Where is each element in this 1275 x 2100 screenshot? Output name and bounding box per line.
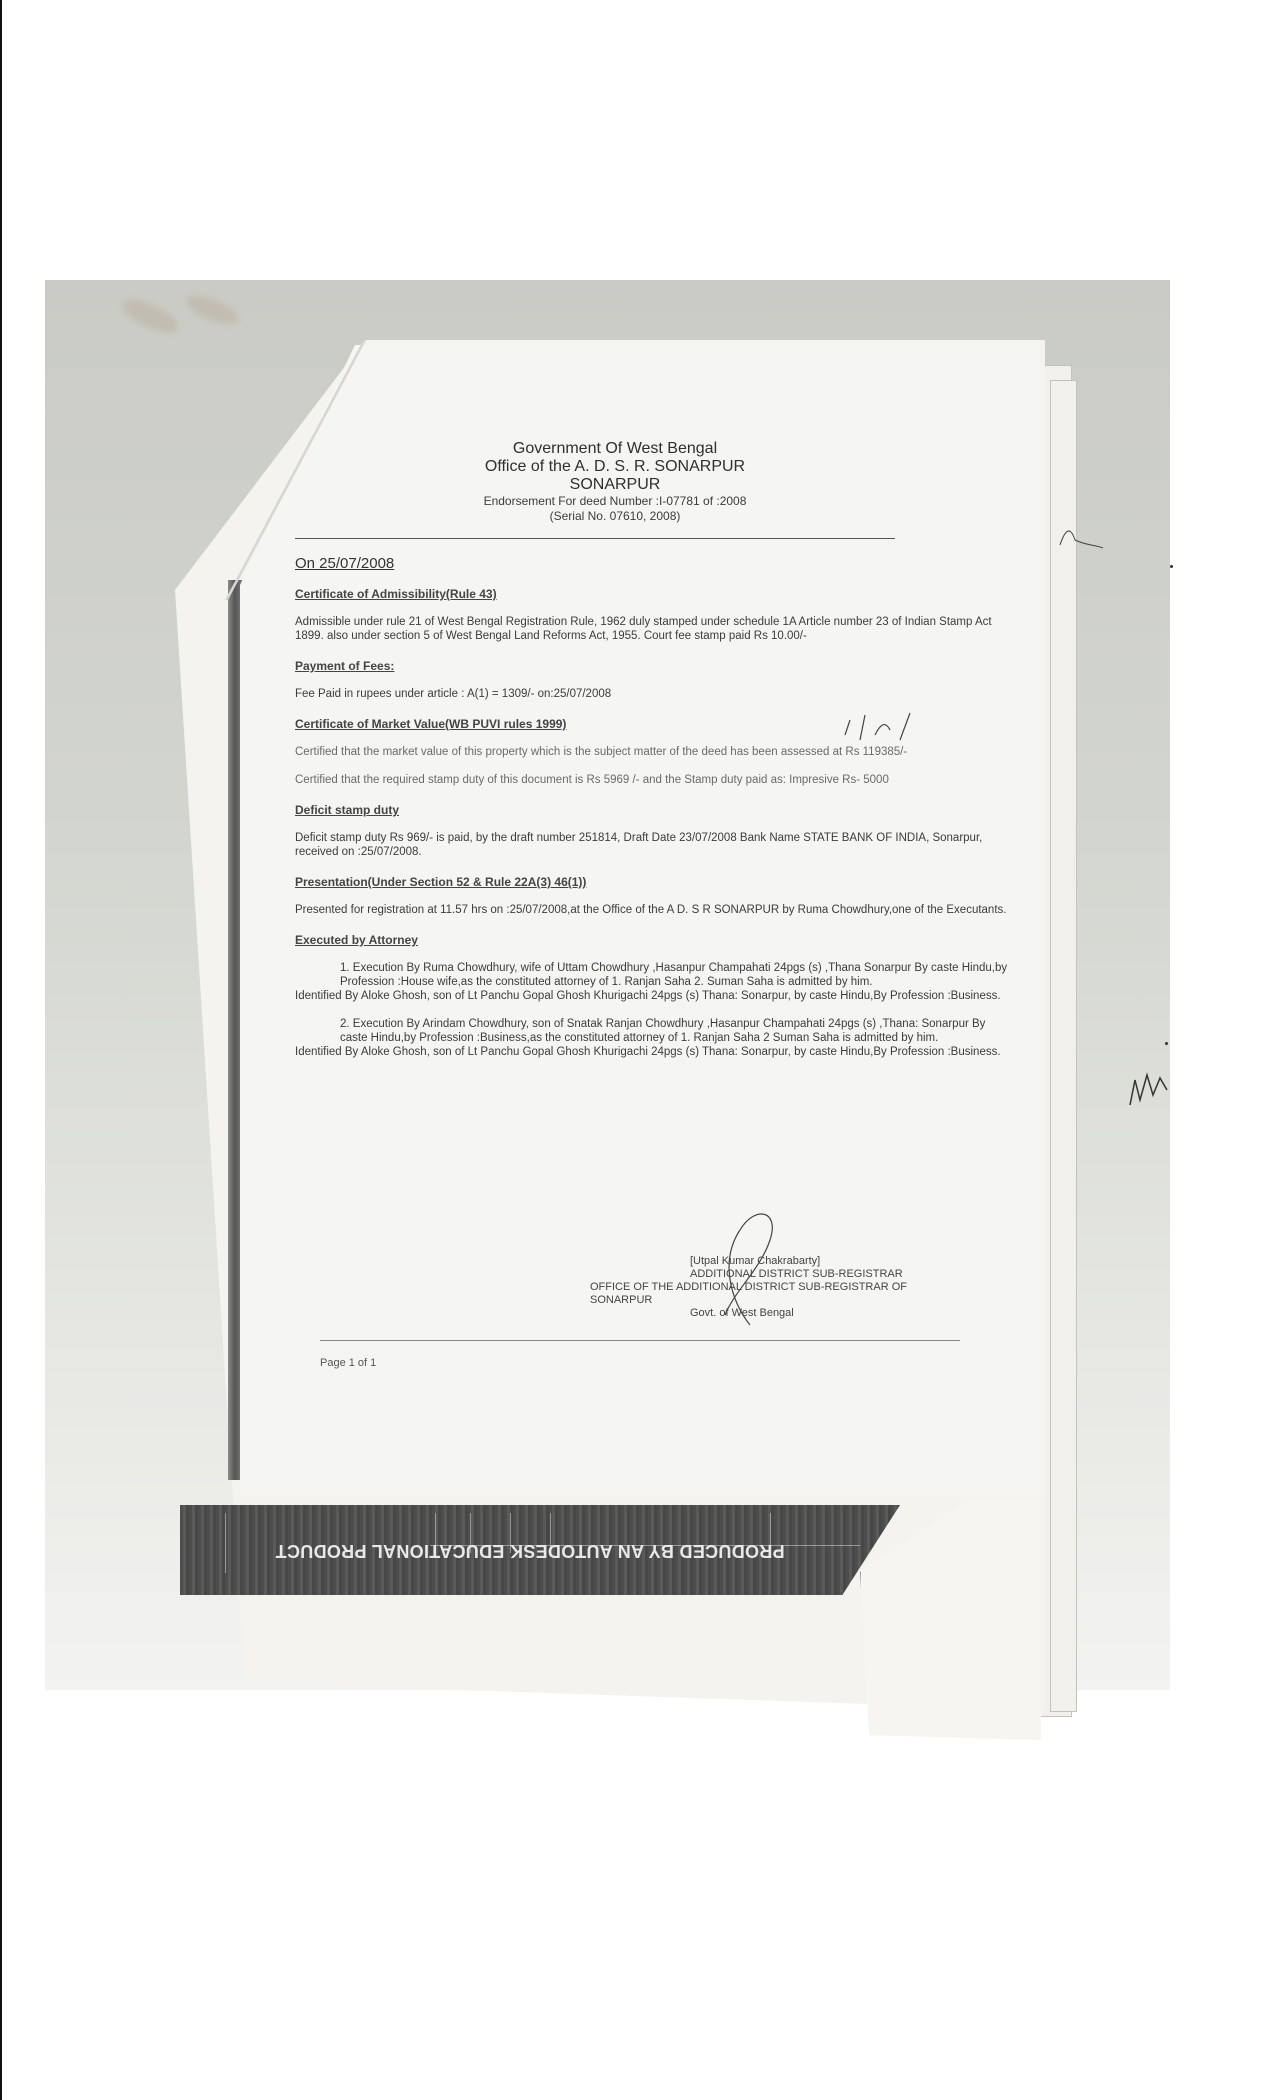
section-title-presentation: Presentation(Under Section 52 & Rule 22A… [295, 875, 1015, 889]
pen-mark-icon [1055, 520, 1105, 560]
execution-item-2: 2. Execution By Arindam Chowdhury, son o… [340, 1017, 1015, 1045]
presentation-text: Presented for registration at 11.57 hrs … [295, 903, 1015, 917]
deed-number: Endorsement For deed Number :I-07781 of … [365, 494, 865, 509]
header-divider [295, 538, 895, 539]
stamp-duty-text: Certified that the required stamp duty o… [295, 773, 1015, 787]
execution-item-1: 1. Execution By Ruma Chowdhury, wife of … [340, 961, 1015, 989]
document-header: Government Of West Bengal Office of the … [365, 440, 865, 524]
page-number: Page 1 of 1 [320, 1357, 376, 1369]
location-title: SONARPUR [365, 476, 865, 494]
registrar-title: ADDITIONAL DISTRICT SUB-REGISTRAR [590, 1268, 907, 1281]
identification-2: Identified By Aloke Ghosh, son of Lt Pan… [295, 1045, 1015, 1059]
signature-block: [Utpal Kumar Chakrabarty] ADDITIONAL DIS… [590, 1255, 907, 1320]
serial-number: (Serial No. 07610, 2008) [365, 509, 865, 524]
section-title-fees: Payment of Fees: [295, 659, 1015, 673]
endorsement-date: On 25/07/2008 [295, 557, 1015, 571]
signature-mark-icon [1125, 1070, 1175, 1110]
initials-mark-icon [840, 705, 920, 750]
deficit-text: Deficit stamp duty Rs 969/- is paid, by … [295, 831, 1015, 859]
identification-1: Identified By Aloke Ghosh, son of Lt Pan… [295, 989, 1015, 1003]
admissibility-text: Admissible under rule 21 of West Bengal … [295, 615, 1015, 643]
scan-speck [1170, 565, 1173, 568]
section-title-executed: Executed by Attorney [295, 933, 1015, 947]
registrar-office: OFFICE OF THE ADDITIONAL DISTRICT SUB-RE… [590, 1281, 907, 1294]
stain-mark [118, 293, 182, 338]
registrar-office-location: SONARPUR [590, 1294, 907, 1307]
registrar-name: [Utpal Kumar Chakrabarty] [590, 1255, 907, 1268]
registrar-govt: Govt. of West Bengal [590, 1307, 907, 1320]
page-stack-edge [1050, 380, 1077, 1712]
footer-divider [320, 1340, 960, 1341]
fees-text: Fee Paid in rupees under article : A(1) … [295, 687, 1015, 701]
section-title-admissibility: Certificate of Admissibility(Rule 43) [295, 587, 1015, 601]
office-title: Office of the A. D. S. R. SONARPUR [365, 458, 865, 476]
govt-title: Government Of West Bengal [365, 440, 865, 458]
scan-border-line [0, 0, 2, 2100]
section-title-deficit: Deficit stamp duty [295, 803, 1015, 817]
scan-speck [1165, 1042, 1168, 1045]
fold-shadow [228, 580, 242, 1480]
stain-mark [183, 290, 241, 329]
autodesk-watermark: PRODUCED BY AN AUTODESK EDUCATIONAL PROD… [180, 1540, 880, 1561]
